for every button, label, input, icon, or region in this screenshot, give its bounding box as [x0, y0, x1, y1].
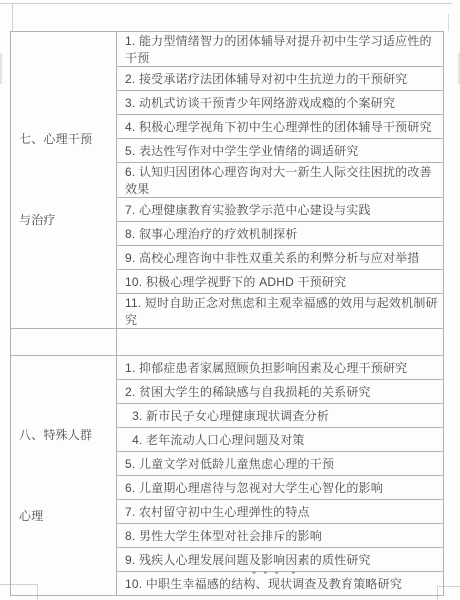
empty-row	[11, 329, 444, 356]
empty-cell	[11, 329, 117, 356]
topic-cell: 4. 积极心理学视角下初中生心理弹性的团体辅导干预研究	[117, 115, 444, 139]
topic-cell: 7. 农村留守初中生心理弹性的特点	[117, 500, 444, 524]
category-line: 与治疗	[19, 207, 111, 234]
cropped-table-above-border	[0, 3, 452, 4]
topic-cell: 4. 老年流动人口心理问题及对策	[117, 428, 444, 452]
category-cell-section7: 七、心理干预 与治疗	[11, 32, 117, 329]
topic-cell: 11. 短时自助正念对焦虑和主观幸福感的效用与起效机制研究	[117, 294, 444, 329]
page-edge-left	[0, 53, 2, 84]
cropped-table-above-right-border	[448, 14, 449, 31]
cropped-table-above-left-border	[12, 3, 13, 31]
topic-cell: 7. 心理健康教育实验教学示范中心建设与实践	[117, 198, 444, 222]
research-topics-table: 七、心理干预 与治疗 1. 能力型情绪智力的团体辅导对提升初中生学习适应性的干预…	[10, 31, 444, 596]
topic-cell: 6. 儿童期心理虐待与忽视对大学生心智化的影响	[117, 476, 444, 500]
topic-cell: 8. 男性大学生体型对社会排斥的影响	[117, 524, 444, 548]
topic-cell: 3. 动机式访谈干预青少年网络游戏成瘾的个案研究	[117, 91, 444, 115]
topic-cell: 1. 能力型情绪智力的团体辅导对提升初中生学习适应性的干预	[117, 32, 444, 67]
topic-cell: 2. 贫困大学生的稀缺感与自我损耗的关系研究	[117, 380, 444, 404]
topic-cell: 1. 抑郁症患者家属照顾负担影响因素及心理干预研究	[117, 356, 444, 380]
topic-cell: 2. 接受承诺疗法团体辅导对初中生抗逆力的干预研究	[117, 67, 444, 91]
topic-cell: 5. 儿童文学对低龄儿童焦虑心理的干预	[117, 452, 444, 476]
category-line: 八、特殊人群	[19, 422, 111, 449]
topic-cell: 10. 积极心理学视野下的 ADHD 干预研究	[117, 270, 444, 294]
category-line: 心理	[19, 503, 111, 530]
table-row: 七、心理干预 与治疗 1. 能力型情绪智力的团体辅导对提升初中生学习适应性的干预	[11, 32, 444, 67]
topic-cell: 3. 新市民子女心理健康现状调查分析	[117, 404, 444, 428]
topic-cell: 5. 表达性写作对中学生学业情绪的调适研究	[117, 139, 444, 163]
table-row: 八、特殊人群 心理 1. 抑郁症患者家属照顾负担影响因素及心理干预研究	[11, 356, 444, 380]
topic-cell: 8. 叙事心理治疗的疗效机制探析	[117, 222, 444, 246]
category-line: 七、心理干预	[19, 126, 111, 153]
category-cell-section8: 八、特殊人群 心理	[11, 356, 117, 596]
empty-cell	[117, 329, 444, 356]
topic-cell: 9. 高校心理咨询中非性双重关系的利弊分析与应对举措	[117, 246, 444, 270]
page-marker: - - - -	[252, 565, 297, 579]
topic-cell: 6. 认知归因团体心理咨询对大一新生人际交往困扰的改善效果	[117, 163, 444, 198]
